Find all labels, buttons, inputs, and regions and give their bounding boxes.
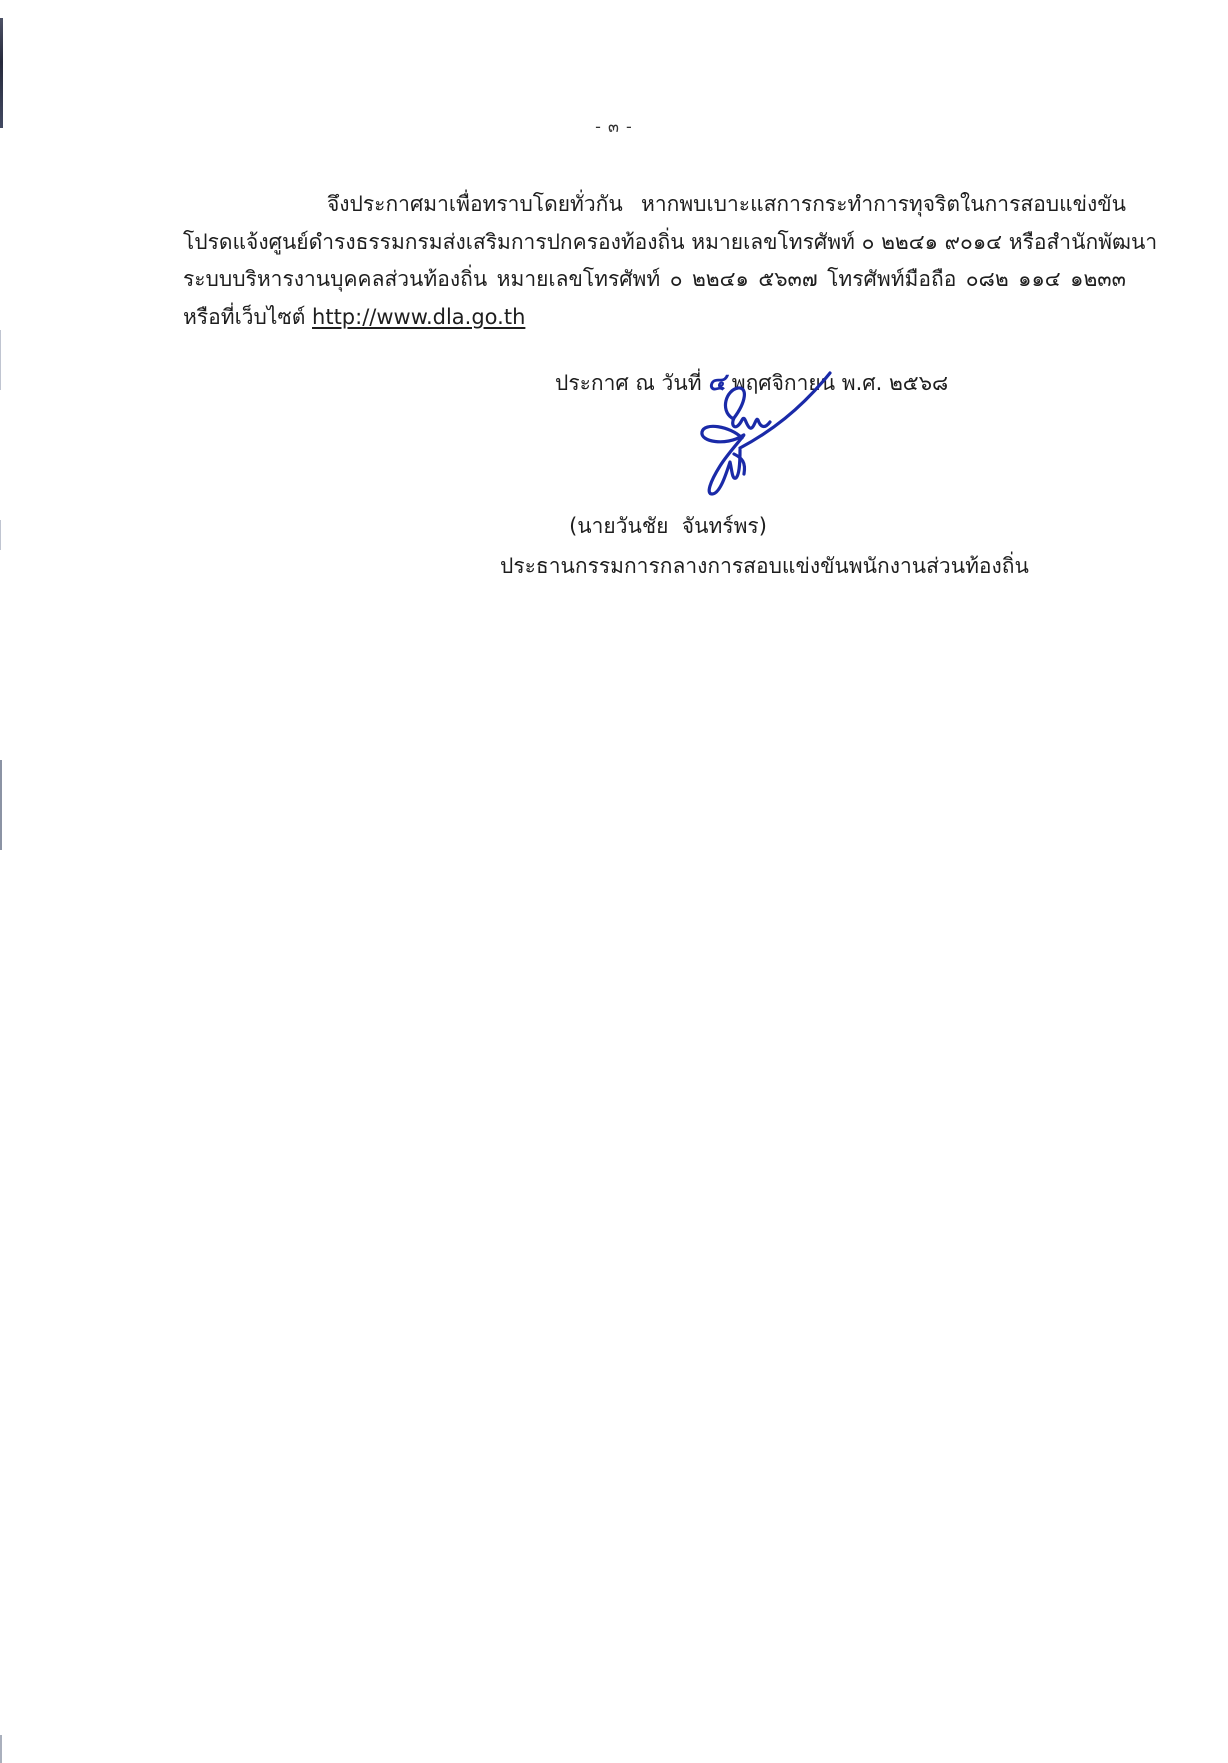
signer-name: (นายวันชัย จันทร์พร) bbox=[0, 510, 1228, 543]
date-prefix: ประกาศ ณ วันที่ bbox=[555, 371, 702, 395]
scan-edge-mark bbox=[0, 18, 3, 128]
scan-edge-mark bbox=[0, 1735, 2, 1763]
body-line: จึงประกาศมาเพื่อทราบโดยทั่วกัน หากพบเบาะ… bbox=[183, 186, 1126, 224]
website-line: หรือที่เว็บไซต์ http://www.dla.go.th bbox=[183, 299, 1126, 337]
website-prefix: หรือที่เว็บไซต์ bbox=[183, 305, 305, 329]
scan-edge-mark bbox=[0, 760, 2, 850]
signer-title: ประธานกรรมการกลางการสอบแข่งขันพนักงานส่ว… bbox=[500, 550, 1029, 583]
scan-edge-mark bbox=[0, 330, 1, 390]
website-link[interactable]: http://www.dla.go.th bbox=[312, 305, 525, 329]
announcement-body: จึงประกาศมาเพื่อทราบโดยทั่วกัน หากพบเบาะ… bbox=[183, 186, 1126, 336]
body-line: โปรดแจ้งศูนย์ดำรงธรรมกรมส่งเสริมการปกครอ… bbox=[183, 224, 1126, 262]
page-number: - ๓ - bbox=[0, 115, 1228, 140]
body-line: ระบบบริหารงานบุคคลส่วนท้องถิ่น หมายเลขโท… bbox=[183, 261, 1126, 299]
signature-icon bbox=[690, 370, 840, 505]
